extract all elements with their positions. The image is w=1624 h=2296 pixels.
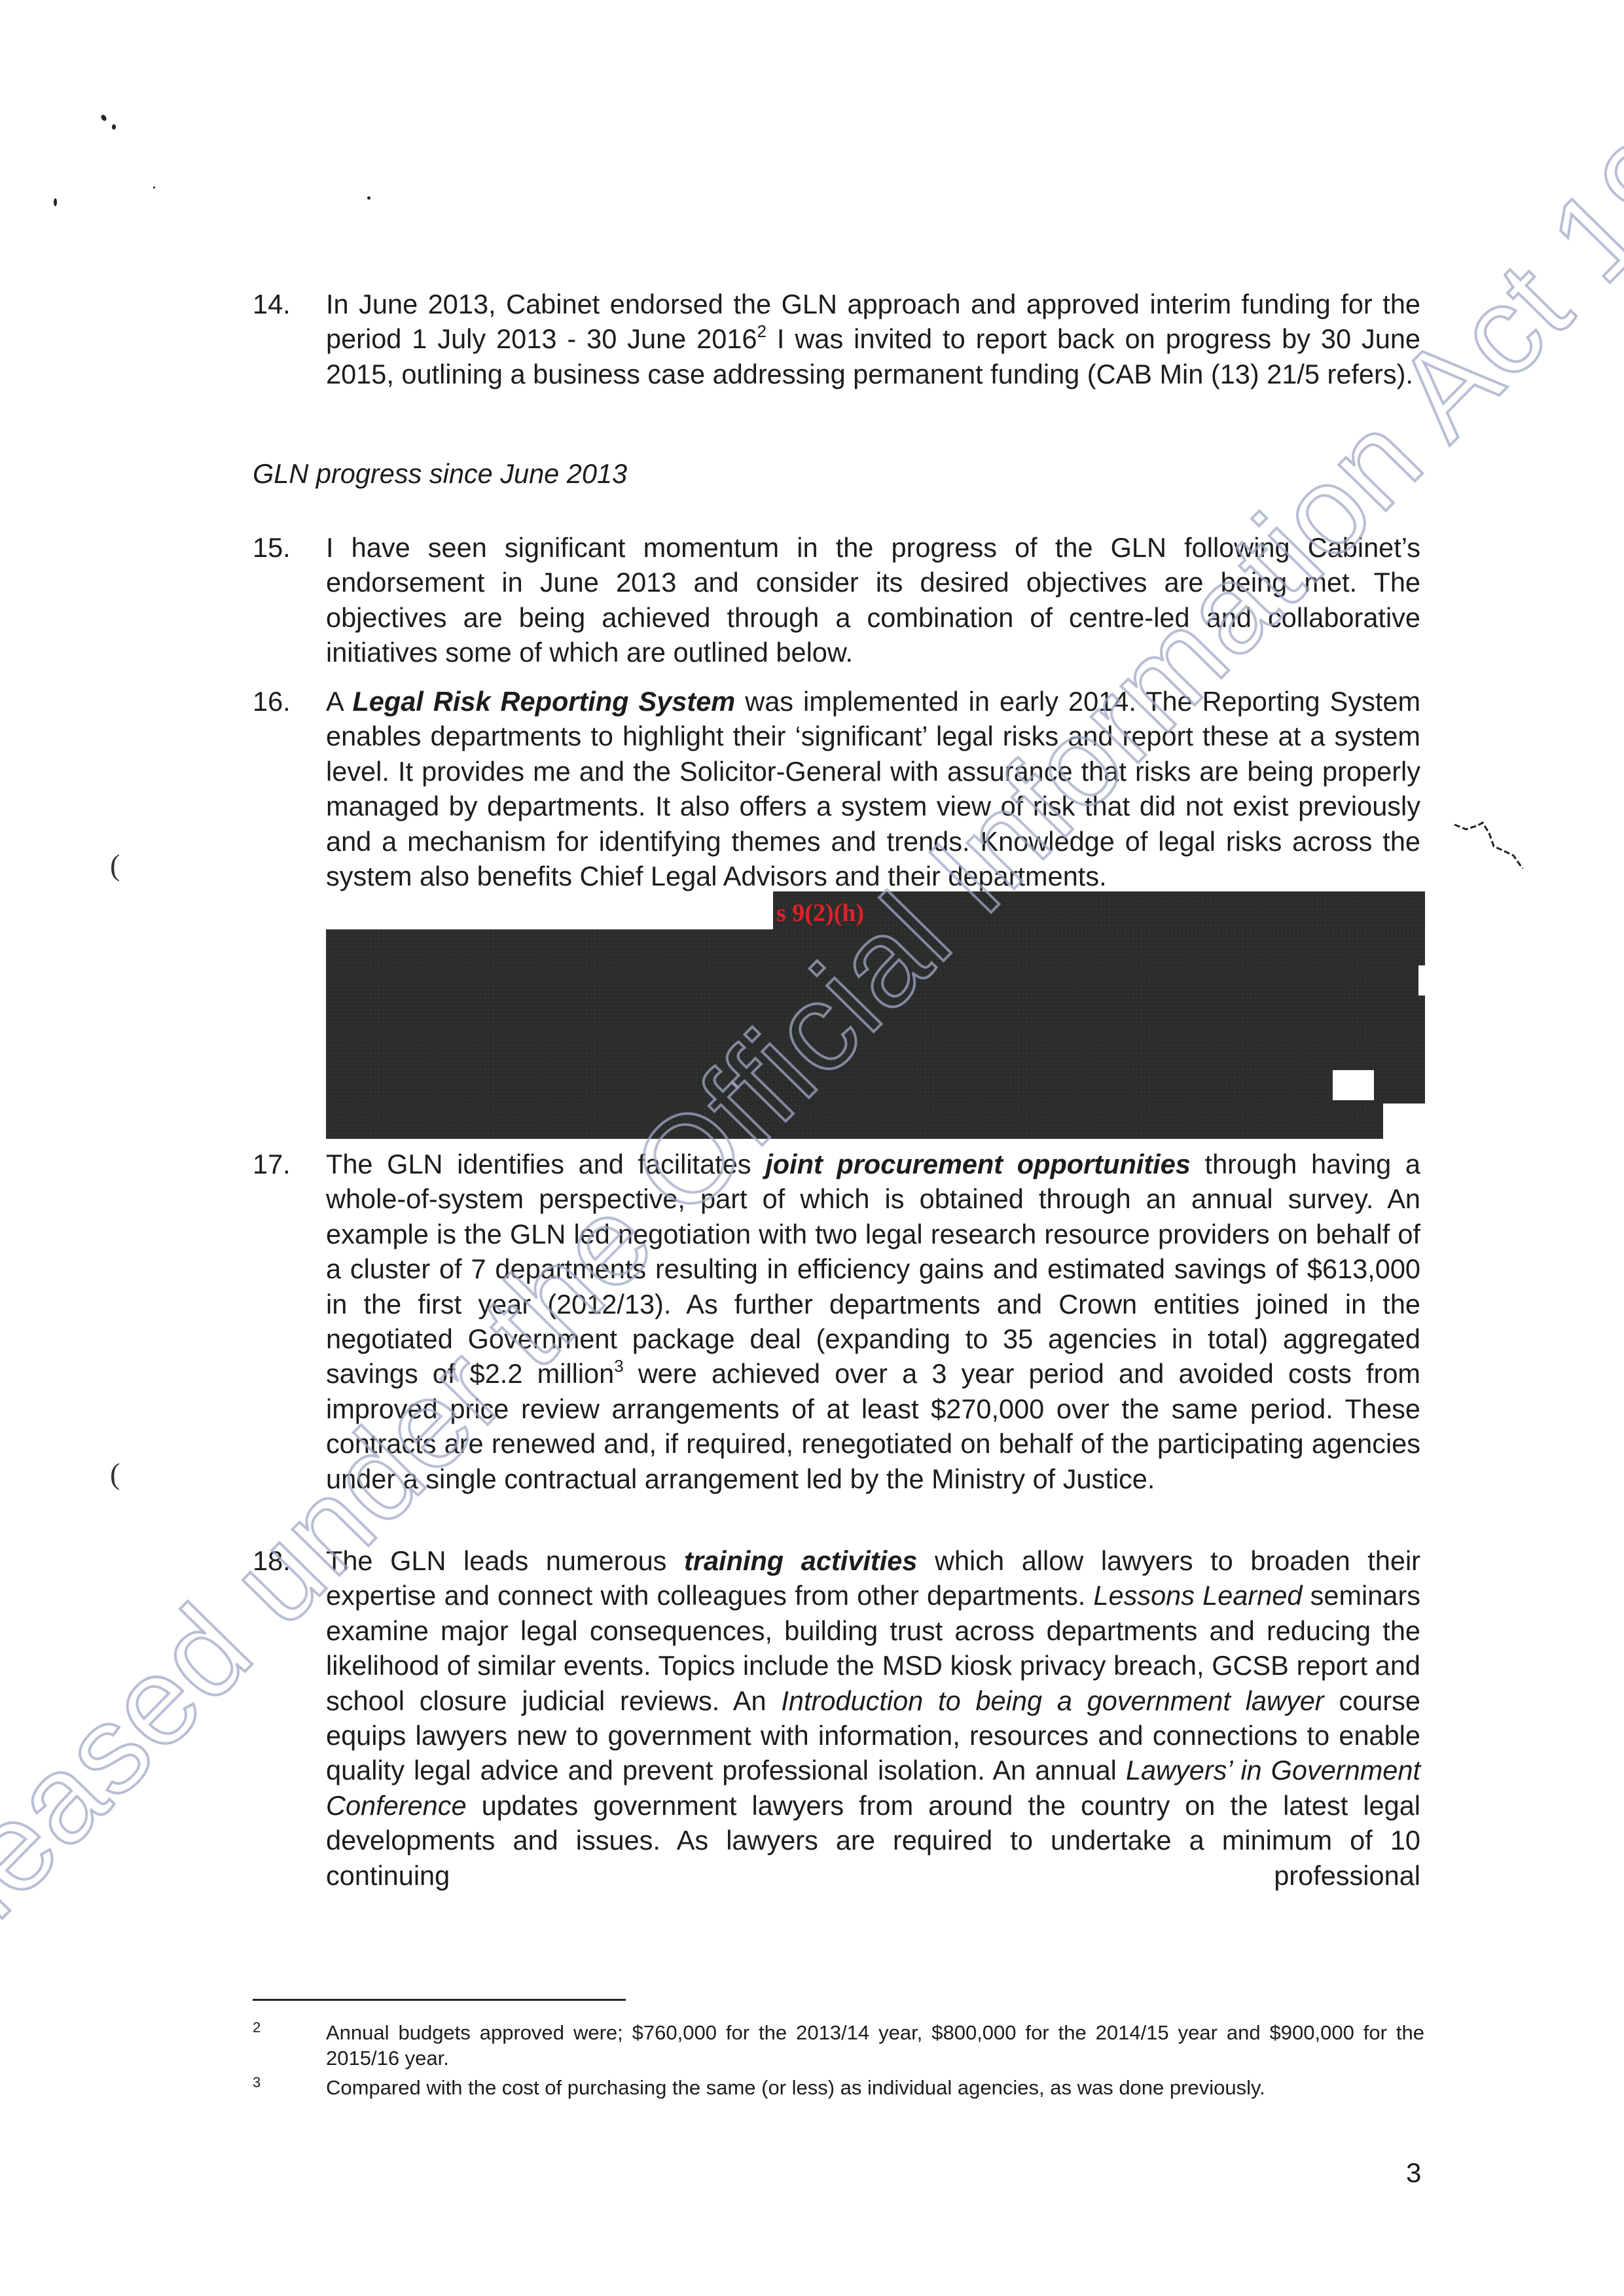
footnote-number: 3 — [253, 2070, 261, 2095]
redaction-label: s 9(2)(h) — [776, 899, 864, 927]
emphasis-text: training activities — [684, 1545, 917, 1576]
footnote-number: 2 — [253, 2015, 261, 2040]
document-page: ( ( 14. In June 2013, Cabinet endorsed t… — [0, 0, 1624, 2296]
paragraph-14: 14. In June 2013, Cabinet endorsed the G… — [253, 287, 1420, 391]
margin-bracket-mark: ( — [110, 1456, 120, 1491]
redaction-gap — [1333, 1070, 1374, 1100]
paragraph-number: 16. — [253, 684, 291, 719]
paragraph-15: 15. I have seen significant momentum in … — [253, 530, 1420, 670]
paragraph-number: 17. — [253, 1147, 291, 1181]
section-heading: GLN progress since June 2013 — [253, 458, 627, 490]
body-text: A — [326, 686, 352, 717]
body-text: through having a whole-of-system perspec… — [326, 1149, 1420, 1389]
paragraph-body: The GLN leads numerous training activiti… — [326, 1543, 1420, 1893]
emphasis-text: 3 — [614, 1356, 623, 1376]
scan-speck — [153, 187, 155, 188]
paragraph-17: 17. The GLN identifies and facilitates j… — [253, 1147, 1420, 1496]
scan-speck — [54, 198, 57, 206]
redaction-block — [326, 1103, 1383, 1139]
page-number: 3 — [1406, 2157, 1421, 2189]
redaction-block — [773, 891, 1425, 929]
emphasis-text: Legal Risk Reporting System — [352, 686, 735, 717]
emphasis-text: 2 — [757, 321, 767, 341]
paragraph-18: 18. The GLN leads numerous training acti… — [253, 1543, 1420, 1893]
footnote-2: 2 Annual budgets approved were; $760,000… — [253, 2020, 1424, 2071]
paragraph-number: 15. — [253, 530, 291, 565]
paragraph-body: I have seen significant momentum in the … — [326, 530, 1420, 670]
footnote-separator — [253, 1999, 626, 2001]
redaction-block — [326, 929, 1425, 1103]
emphasis-text: Introduction to being a government lawye… — [781, 1685, 1324, 1716]
paragraph-body: The GLN identifies and facilitates joint… — [326, 1147, 1420, 1496]
body-text: I have seen significant momentum in the … — [326, 532, 1420, 668]
scan-speck — [100, 114, 107, 122]
scan-speck — [367, 196, 370, 200]
paragraph-16: 16. A Legal Risk Reporting System was im… — [253, 684, 1420, 893]
paragraph-body: In June 2013, Cabinet endorsed the GLN a… — [326, 287, 1420, 391]
emphasis-text: Lessons Learned — [1093, 1580, 1302, 1611]
body-text: was implemented in early 2014. The Repor… — [326, 686, 1420, 891]
paragraph-body: A Legal Risk Reporting System was implem… — [326, 684, 1420, 893]
footnote-3: 3 Compared with the cost of purchasing t… — [253, 2075, 1424, 2100]
scan-speck — [112, 124, 116, 130]
margin-squiggle-mark — [1453, 821, 1525, 874]
paragraph-number: 18. — [253, 1543, 291, 1578]
footnote-text: Compared with the cost of purchasing the… — [326, 2075, 1424, 2100]
paragraph-number: 14. — [253, 287, 291, 321]
body-text: The GLN identifies and facilitates — [326, 1149, 765, 1179]
margin-bracket-mark: ( — [110, 848, 120, 882]
body-text: The GLN leads numerous — [326, 1545, 684, 1576]
footnote-text: Annual budgets approved were; $760,000 f… — [326, 2020, 1424, 2071]
emphasis-text: joint procurement opportunities — [765, 1149, 1191, 1179]
body-text: updates government lawyers from around t… — [326, 1790, 1420, 1891]
redaction-gap — [1418, 965, 1425, 996]
